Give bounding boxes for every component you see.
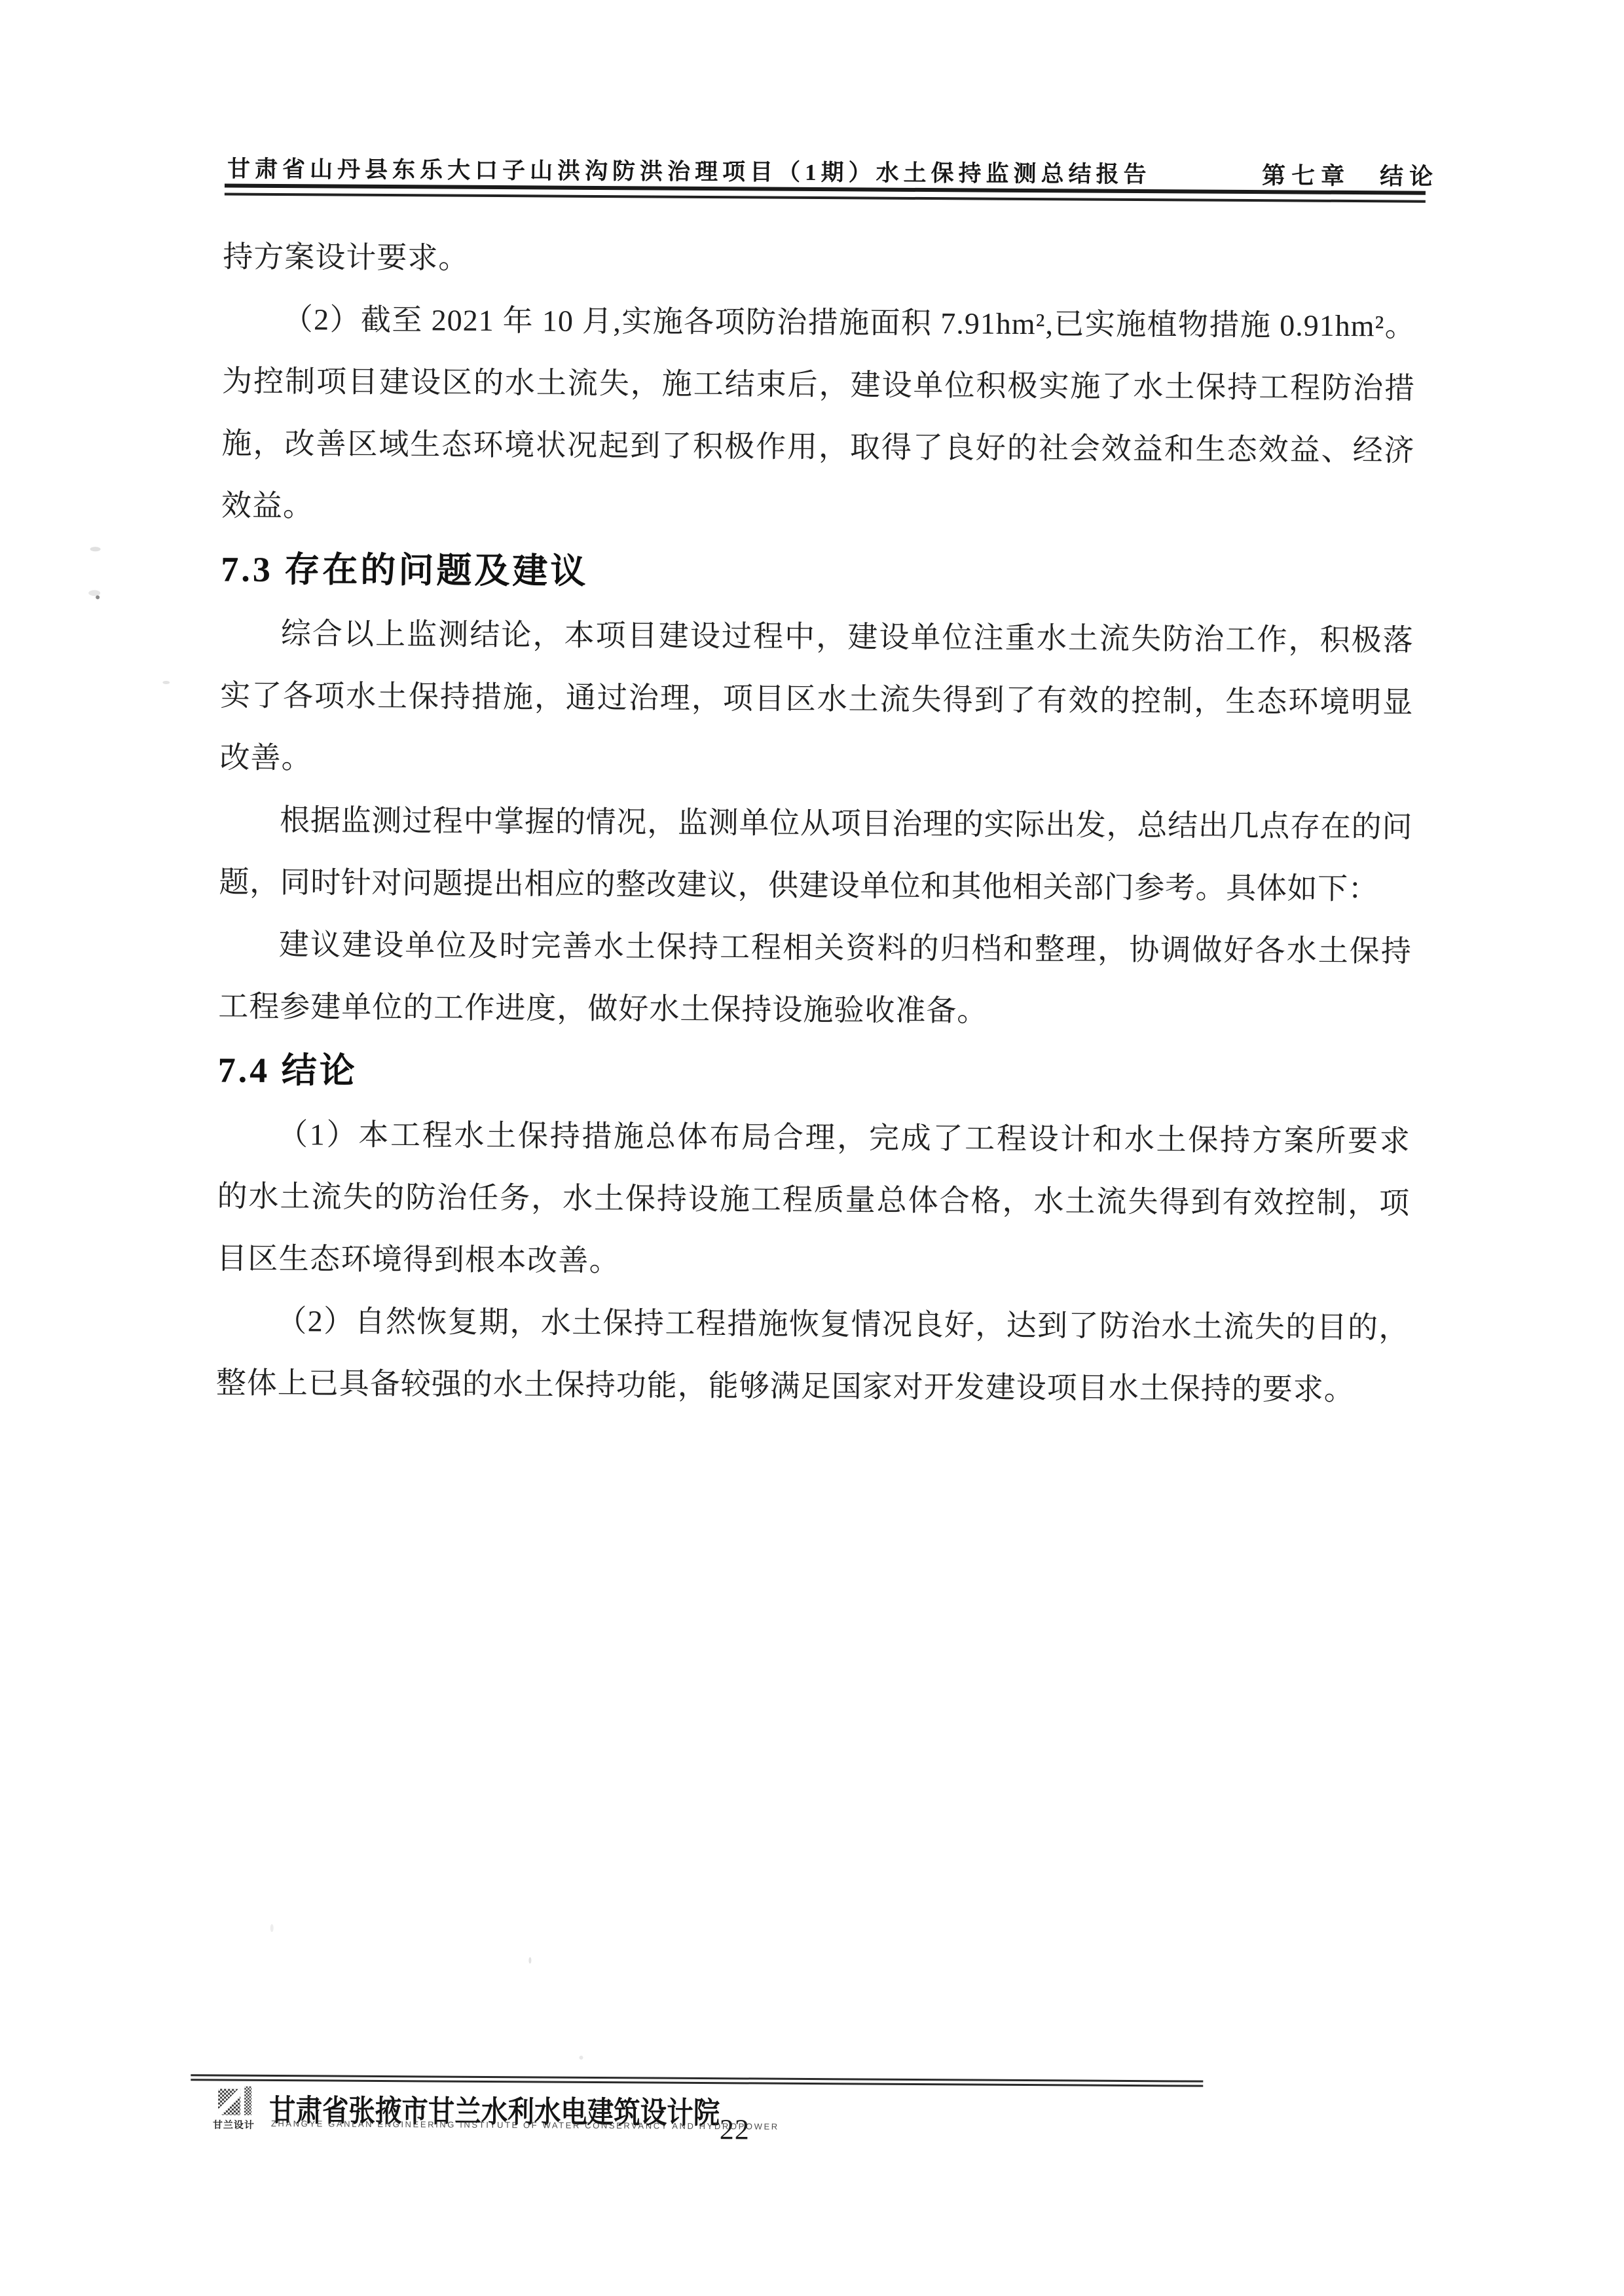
heading-section-7-3: 7.3 存在的问题及建议 — [221, 536, 1414, 609]
logo-square-glyph — [218, 2088, 240, 2115]
logo-caption: 甘兰设计 — [213, 2117, 259, 2131]
scan-speck — [90, 547, 101, 551]
scan-speck — [96, 595, 100, 599]
scan-speck — [162, 681, 170, 684]
scan-speck — [528, 1957, 531, 1963]
company-logo-icon — [218, 2086, 252, 2115]
paragraph-recommendation: 建议建设单位及时完善水土保持工程相关资料的归档和整理，协调做好各水土保持工程参建… — [218, 913, 1412, 1044]
paragraph-conclusion-1: （1）本工程水土保持措施总体布局合理，完成了工程设计和水土保持方案所要求的水土流… — [217, 1102, 1411, 1296]
page-number: 22 — [720, 2113, 750, 2146]
header-chapter-label: 第七章 结论 — [1262, 157, 1439, 192]
scan-sheet: 甘肃省山丹县东乐大口子山洪沟防洪治理项目（1期）水土保持监测总结报告 第七章 结… — [0, 0, 1624, 2296]
document-body: 持方案设计要求。 （2）截至 2021 年 10 月,实施各项防治措施面积 7.… — [216, 225, 1416, 1421]
scan-speck — [270, 1924, 274, 1932]
scan-speck — [579, 2056, 583, 2060]
logo-bar-glyph — [244, 2086, 251, 2115]
scanned-report-page: 甘肃省山丹县东乐大口子山洪沟防洪治理项目（1期）水土保持监测总结报告 第七章 结… — [0, 0, 1624, 2296]
header-report-title: 甘肃省山丹县东乐大口子山洪沟防洪治理项目（1期）水土保持监测总结报告 — [227, 151, 1151, 190]
header-rule-thin — [225, 192, 1426, 202]
paragraph-continuation: 持方案设计要求。 — [223, 225, 1416, 295]
paragraph-conclusion-2: （2）自然恢复期，水土保持工程措施恢复情况良好，达到了防治水土流失的目的，整体上… — [216, 1289, 1410, 1421]
heading-section-7-4: 7.4 结论 — [217, 1037, 1411, 1110]
paragraph-monitoring-findings: 根据监测过程中掌握的情况，监测单位从项目治理的实际出发，总结出几点存在的问题，同… — [219, 788, 1412, 920]
paragraph-overall-conclusion: 综合以上监测结论，本项目建设过程中，建设单位注重水土流失防治工作，积极落实了各项… — [219, 602, 1414, 795]
paragraph-measures-implemented: （2）截至 2021 年 10 月,实施各项防治措施面积 7.91hm²,已实施… — [221, 287, 1416, 543]
